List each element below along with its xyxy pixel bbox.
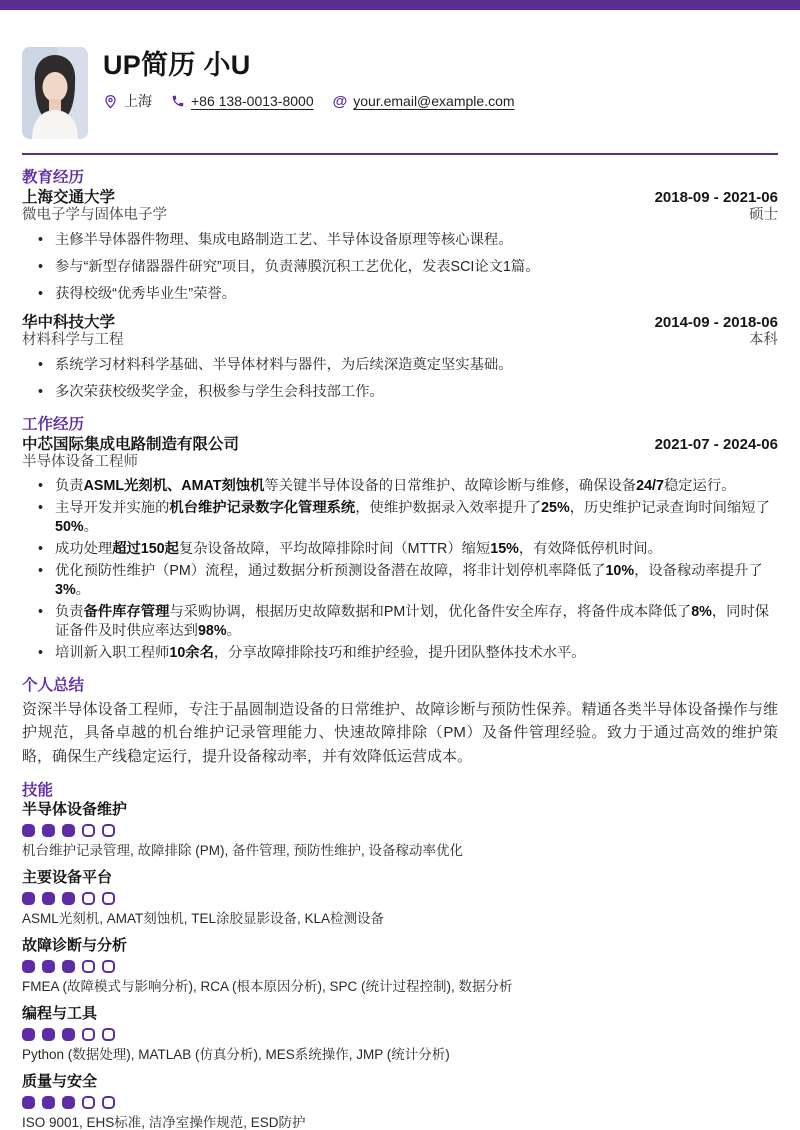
major: 微电子学与固体电子学: [22, 207, 167, 224]
skill-dot-empty: [82, 824, 95, 837]
bullet-item: 参与“新型存储器器件研究”项目，负责薄膜沉积工艺优化，发表SCI论文1篇。: [22, 257, 778, 277]
education-bullets: 主修半导体器件物理、集成电路制造工艺、半导体设备原理等核心课程。参与“新型存储器…: [22, 230, 778, 304]
school-name: 上海交通大学: [22, 188, 115, 207]
candidate-name: UP简历 小U: [103, 49, 515, 81]
skill-dot-filled: [62, 824, 75, 837]
resume-page: UP简历 小U 上海 +86 138-0013-8000 @: [0, 47, 800, 1130]
header: UP简历 小U 上海 +86 138-0013-8000 @: [22, 47, 778, 139]
contact-row: 上海 +86 138-0013-8000 @ your.email@exampl…: [103, 91, 515, 111]
job-title: 半导体设备工程师: [22, 454, 138, 471]
skill-dot-filled: [22, 824, 35, 837]
bullet-item: 获得校级“优秀毕业生”荣誉。: [22, 284, 778, 304]
education-section-title: 教育经历: [22, 168, 778, 187]
skill-group: 质量与安全ISO 9001, EHS标准, 洁净室操作规范, ESD防护: [22, 1073, 778, 1130]
date-range: 2018-09 - 2021-06: [655, 188, 778, 207]
education-bullets: 系统学习材料科学基础、半导体材料与器件，为后续深造奠定坚实基础。多次荣获校级奖学…: [22, 355, 778, 402]
skill-dot-empty: [102, 960, 115, 973]
skill-group: 故障诊断与分析FMEA (故障模式与影响分析), RCA (根本原因分析), S…: [22, 937, 778, 995]
location-text: 上海: [124, 91, 152, 111]
skill-dot-empty: [82, 960, 95, 973]
skill-group-title: 半导体设备维护: [22, 801, 778, 819]
bullet-item: 优化预防性维护（PM）流程，通过数据分析预测设备潜在故障，将非计划停机率降低了1…: [22, 562, 778, 600]
work-entry: 中芯国际集成电路制造有限公司2021-07 - 2024-06半导体设备工程师负…: [22, 435, 778, 663]
skill-level-indicator: [22, 892, 778, 905]
skill-dot-empty: [82, 1096, 95, 1109]
skill-group-title: 主要设备平台: [22, 869, 778, 887]
skill-dot-filled: [42, 1028, 55, 1041]
email-link[interactable]: @ your.email@example.com: [333, 93, 515, 109]
skill-dot-filled: [42, 824, 55, 837]
degree: 硕士: [749, 207, 778, 224]
major: 材料科学与工程: [22, 332, 124, 349]
work-section: 工作经历 中芯国际集成电路制造有限公司2021-07 - 2024-06半导体设…: [22, 415, 778, 663]
education-section: 教育经历 上海交通大学2018-09 - 2021-06微电子学与固体电子学硕士…: [22, 168, 778, 402]
skill-items: FMEA (故障模式与影响分析), RCA (根本原因分析), SPC (统计过…: [22, 979, 778, 995]
header-divider: [22, 153, 778, 155]
skill-level-indicator: [22, 824, 778, 837]
date-range: 2021-07 - 2024-06: [655, 435, 778, 454]
skill-group: 主要设备平台ASML光刻机, AMAT刻蚀机, TEL涂胶显影设备, KLA检测…: [22, 869, 778, 927]
skill-items: ASML光刻机, AMAT刻蚀机, TEL涂胶显影设备, KLA检测设备: [22, 911, 778, 927]
skill-dot-filled: [42, 892, 55, 905]
skill-dot-empty: [102, 824, 115, 837]
skill-group: 编程与工具Python (数据处理), MATLAB (仿真分析), MES系统…: [22, 1005, 778, 1063]
skill-group-title: 故障诊断与分析: [22, 937, 778, 955]
bullet-item: 负责ASML光刻机、AMAT刻蚀机等关键半导体设备的日常维护、故障诊断与维修，确…: [22, 477, 778, 496]
skill-dot-filled: [42, 1096, 55, 1109]
skill-level-indicator: [22, 1028, 778, 1041]
header-info: UP简历 小U 上海 +86 138-0013-8000 @: [103, 47, 515, 139]
skill-items: 机台维护记录管理, 故障排除 (PM), 备件管理, 预防性维护, 设备稼动率优…: [22, 843, 778, 859]
education-entry: 上海交通大学2018-09 - 2021-06微电子学与固体电子学硕士主修半导体…: [22, 188, 778, 304]
education-entries: 上海交通大学2018-09 - 2021-06微电子学与固体电子学硕士主修半导体…: [22, 188, 778, 402]
profile-photo: [22, 47, 88, 139]
phone-text: +86 138-0013-8000: [191, 93, 314, 109]
location-item: 上海: [103, 91, 152, 111]
skill-level-indicator: [22, 1096, 778, 1109]
skill-dot-filled: [22, 892, 35, 905]
date-range: 2014-09 - 2018-06: [655, 313, 778, 332]
skills-section: 技能 半导体设备维护机台维护记录管理, 故障排除 (PM), 备件管理, 预防性…: [22, 781, 778, 1130]
school-name: 华中科技大学: [22, 313, 115, 332]
email-text: your.email@example.com: [353, 93, 514, 109]
skill-dot-filled: [62, 1028, 75, 1041]
at-icon: @: [333, 94, 348, 109]
degree: 本科: [749, 332, 778, 349]
work-section-title: 工作经历: [22, 415, 778, 434]
summary-text: 资深半导体设备工程师，专注于晶圆制造设备的日常维护、故障诊断与预防性保养。精通各…: [22, 698, 778, 768]
skill-dot-empty: [82, 892, 95, 905]
skill-dot-filled: [22, 1096, 35, 1109]
phone-icon: [171, 94, 185, 108]
bullet-item: 系统学习材料科学基础、半导体材料与器件，为后续深造奠定坚实基础。: [22, 355, 778, 375]
bullet-item: 多次荣获校级奖学金，积极参与学生会科技部工作。: [22, 382, 778, 402]
skill-dot-filled: [62, 960, 75, 973]
portrait-image: [22, 47, 88, 139]
skill-groups: 半导体设备维护机台维护记录管理, 故障排除 (PM), 备件管理, 预防性维护,…: [22, 801, 778, 1130]
summary-section-title: 个人总结: [22, 676, 778, 695]
skill-dot-empty: [82, 1028, 95, 1041]
skill-group: 半导体设备维护机台维护记录管理, 故障排除 (PM), 备件管理, 预防性维护,…: [22, 801, 778, 859]
work-bullets: 负责ASML光刻机、AMAT刻蚀机等关键半导体设备的日常维护、故障诊断与维修，确…: [22, 477, 778, 663]
location-pin-icon: [103, 94, 118, 109]
bullet-item: 主导开发并实施的机台维护记录数字化管理系统，使维护数据录入效率提升了25%，历史…: [22, 499, 778, 537]
company-name: 中芯国际集成电路制造有限公司: [22, 435, 239, 454]
skill-level-indicator: [22, 960, 778, 973]
skill-dot-empty: [102, 1028, 115, 1041]
bullet-item: 培训新入职工程师10余名，分享故障排除技巧和维护经验，提升团队整体技术水平。: [22, 644, 778, 663]
skill-dot-filled: [42, 960, 55, 973]
skill-dot-filled: [62, 1096, 75, 1109]
skill-dot-empty: [102, 892, 115, 905]
skill-items: ISO 9001, EHS标准, 洁净室操作规范, ESD防护: [22, 1115, 778, 1130]
skill-group-title: 编程与工具: [22, 1005, 778, 1023]
bullet-item: 负责备件库存管理与采购协调，根据历史故障数据和PM计划，优化备件安全库存，将备件…: [22, 603, 778, 641]
summary-section: 个人总结 资深半导体设备工程师，专注于晶圆制造设备的日常维护、故障诊断与预防性保…: [22, 676, 778, 768]
skill-group-title: 质量与安全: [22, 1073, 778, 1091]
skill-items: Python (数据处理), MATLAB (仿真分析), MES系统操作, J…: [22, 1047, 778, 1063]
bullet-item: 成功处理超过150起复杂设备故障，平均故障排除时间（MTTR）缩短15%，有效降…: [22, 540, 778, 559]
skills-section-title: 技能: [22, 781, 778, 800]
bullet-item: 主修半导体器件物理、集成电路制造工艺、半导体设备原理等核心课程。: [22, 230, 778, 250]
education-entry: 华中科技大学2014-09 - 2018-06材料科学与工程本科系统学习材料科学…: [22, 313, 778, 402]
skill-dot-filled: [22, 960, 35, 973]
top-accent-bar: [0, 0, 800, 10]
phone-link[interactable]: +86 138-0013-8000: [171, 93, 314, 109]
skill-dot-filled: [22, 1028, 35, 1041]
skill-dot-empty: [102, 1096, 115, 1109]
skill-dot-filled: [62, 892, 75, 905]
work-entries: 中芯国际集成电路制造有限公司2021-07 - 2024-06半导体设备工程师负…: [22, 435, 778, 663]
